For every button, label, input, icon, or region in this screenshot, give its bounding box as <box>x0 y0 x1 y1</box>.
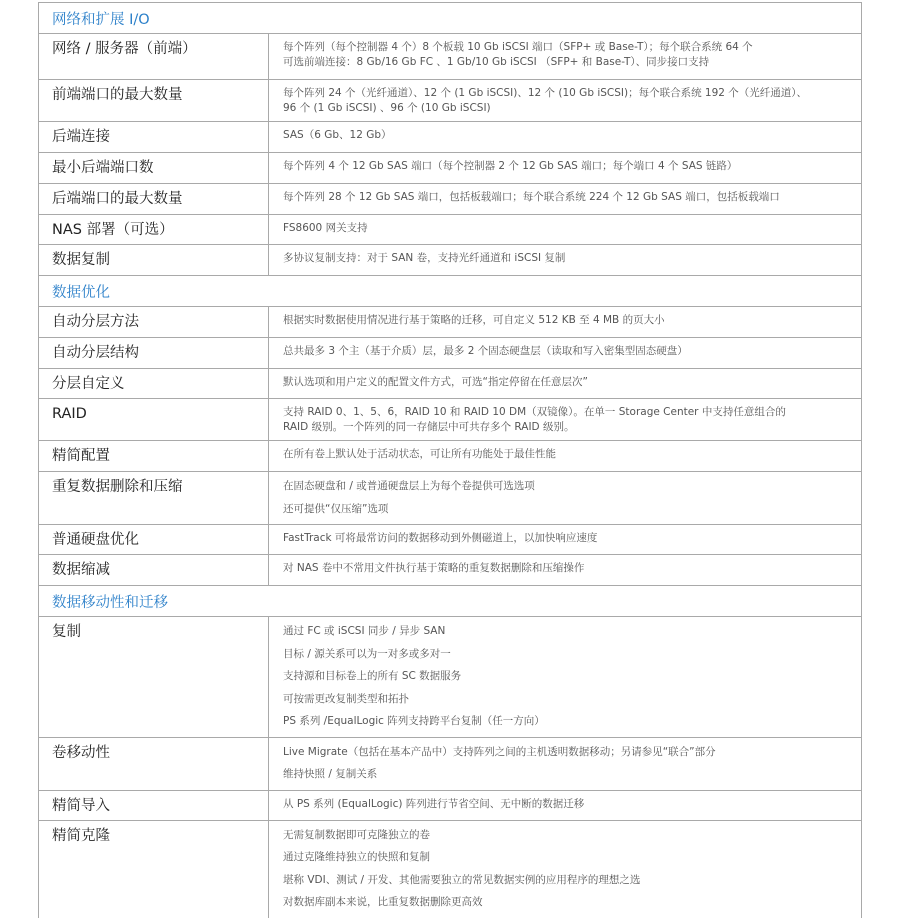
table-row: 重复数据删除和压缩 在固态硬盘和 / 或普通硬盘层上为每个卷提供可选选项 还可提… <box>39 472 862 525</box>
value-line: 堪称 VDI、测试 / 开发、其他需要独立的常见数据实例的应用程序的理想之选 <box>283 869 861 892</box>
row-label: 最小后端端口数 <box>39 153 269 184</box>
row-value: FastTrack 可将最常访问的数据移动到外侧磁道上，以加快响应速度 <box>269 525 862 555</box>
value-line: 对 NAS 卷中不常用文件执行基于策略的重复数据删除和压缩操作 <box>283 561 861 576</box>
table-row: 自动分层结构 总共最多 3 个主（基于介质）层，最多 2 个固态硬盘层（读取和写… <box>39 338 862 369</box>
row-value: Live Migrate（包括在基本产品中）支持阵列之间的主机透明数据移动；另请… <box>269 737 862 790</box>
table-row: 精简克隆 无需复制数据即可克隆独立的卷 通过克隆维持独立的快照和复制 堪称 VD… <box>39 820 862 918</box>
table-row: 普通硬盘优化 FastTrack 可将最常访问的数据移动到外侧磁道上，以加快响应… <box>39 525 862 555</box>
value-line: 无需复制数据即可克隆独立的卷 <box>283 824 861 847</box>
section-title: 数据移动性和迁移 <box>39 586 862 617</box>
table-row: 最小后端端口数 每个阵列 4 个 12 Gb SAS 端口（每个控制器 2 个 … <box>39 153 862 184</box>
row-value: 每个阵列 24 个（光纤通道）、12 个 (1 Gb iSCSI)、12 个 (… <box>269 80 862 122</box>
value-line: 多协议复制支持：对于 SAN 卷，支持光纤通道和 iSCSI 复制 <box>283 251 861 266</box>
value-line: RAID 级别。一个阵列的同一存储层中可共存多个 RAID 级别。 <box>283 420 861 435</box>
value-line: 维持快照 / 复制关系 <box>283 763 861 786</box>
value-line: FS8600 网关支持 <box>283 221 861 236</box>
row-value: 默认选项和用户定义的配置文件方式，可选“指定停留在任意层次” <box>269 369 862 399</box>
value-line: 96 个 (1 Gb iSCSI) 、96 个 (10 Gb iSCSI) <box>283 101 861 116</box>
value-line: SAS（6 Gb、12 Gb） <box>283 128 861 143</box>
value-line: 支持源和目标卷上的所有 SC 数据服务 <box>283 665 861 688</box>
row-label: 前端端口的最大数量 <box>39 80 269 122</box>
section-network-io: 网络和扩展 I/O <box>39 3 862 34</box>
row-value: 支持 RAID 0、1、5、6，RAID 10 和 RAID 10 DM（双镜像… <box>269 399 862 441</box>
row-label: RAID <box>39 399 269 441</box>
table-row: 精简配置 在所有卷上默认处于活动状态，可让所有功能处于最佳性能 <box>39 441 862 472</box>
value-line: 每个阵列 4 个 12 Gb SAS 端口（每个控制器 2 个 12 Gb SA… <box>283 159 861 174</box>
table-row: 前端端口的最大数量 每个阵列 24 个（光纤通道）、12 个 (1 Gb iSC… <box>39 80 862 122</box>
table-row: 数据复制 多协议复制支持：对于 SAN 卷，支持光纤通道和 iSCSI 复制 <box>39 245 862 276</box>
value-line: 通过克隆维持独立的快照和复制 <box>283 846 861 869</box>
row-label: 精简导入 <box>39 790 269 820</box>
row-value: SAS（6 Gb、12 Gb） <box>269 122 862 153</box>
value-line: 总共最多 3 个主（基于介质）层，最多 2 个固态硬盘层（读取和写入密集型固态硬… <box>283 344 861 359</box>
row-label: 重复数据删除和压缩 <box>39 472 269 525</box>
value-line: 从 PS 系列 (EqualLogic) 阵列进行节省空间、无中断的数据迁移 <box>283 797 861 812</box>
row-label: 后端连接 <box>39 122 269 153</box>
value-line: 在所有卷上默认处于活动状态，可让所有功能处于最佳性能 <box>283 447 861 462</box>
row-label: 后端端口的最大数量 <box>39 184 269 215</box>
value-line: 默认选项和用户定义的配置文件方式，可选“指定停留在任意层次” <box>283 375 861 390</box>
section-title: 网络和扩展 I/O <box>39 3 862 34</box>
row-value: 在固态硬盘和 / 或普通硬盘层上为每个卷提供可选选项 还可提供“仅压缩”选项 <box>269 472 862 525</box>
value-line: 通过 FC 或 iSCSI 同步 / 异步 SAN <box>283 620 861 643</box>
value-line: 每个阵列 28 个 12 Gb SAS 端口，包括板载端口；每个联合系统 224… <box>283 190 861 205</box>
value-line: PS 系列 /EqualLogic 阵列支持跨平台复制（任一方向） <box>283 710 861 733</box>
row-value: 无需复制数据即可克隆独立的卷 通过克隆维持独立的快照和复制 堪称 VDI、测试 … <box>269 820 862 918</box>
row-value: 通过 FC 或 iSCSI 同步 / 异步 SAN 目标 / 源关系可以为一对多… <box>269 617 862 738</box>
row-label: 精简克隆 <box>39 820 269 918</box>
table-row: 自动分层方法 根据实时数据使用情况进行基于策略的迁移，可自定义 512 KB 至… <box>39 307 862 338</box>
row-value: 从 PS 系列 (EqualLogic) 阵列进行节省空间、无中断的数据迁移 <box>269 790 862 820</box>
row-label: 网络 / 服务器（前端） <box>39 34 269 80</box>
table-row: 分层自定义 默认选项和用户定义的配置文件方式，可选“指定停留在任意层次” <box>39 369 862 399</box>
value-line: 目标 / 源关系可以为一对多或多对一 <box>283 643 861 666</box>
value-line: 支持 RAID 0、1、5、6，RAID 10 和 RAID 10 DM（双镜像… <box>283 405 861 420</box>
row-label: 精简配置 <box>39 441 269 472</box>
value-line: 对数据库副本来说，比重复数据删除更高效 <box>283 891 861 914</box>
section-data-mobility: 数据移动性和迁移 <box>39 586 862 617</box>
value-line: 可按需更改复制类型和拓扑 <box>283 688 861 711</box>
row-value: 每个阵列（每个控制器 4 个）8 个板载 10 Gb iSCSI 端口（SFP+… <box>269 34 862 80</box>
table-row: 精简导入 从 PS 系列 (EqualLogic) 阵列进行节省空间、无中断的数… <box>39 790 862 820</box>
row-value: 每个阵列 28 个 12 Gb SAS 端口，包括板载端口；每个联合系统 224… <box>269 184 862 215</box>
spec-table: 网络和扩展 I/O 网络 / 服务器（前端） 每个阵列（每个控制器 4 个）8 … <box>38 2 862 918</box>
section-title: 数据优化 <box>39 276 862 307</box>
row-label: 数据复制 <box>39 245 269 276</box>
table-row: 后端端口的最大数量 每个阵列 28 个 12 Gb SAS 端口，包括板载端口；… <box>39 184 862 215</box>
row-label: 分层自定义 <box>39 369 269 399</box>
table-row: 卷移动性 Live Migrate（包括在基本产品中）支持阵列之间的主机透明数据… <box>39 737 862 790</box>
value-line: 可选前端连接：8 Gb/16 Gb FC 、1 Gb/10 Gb iSCSI （… <box>283 55 861 70</box>
row-label: 卷移动性 <box>39 737 269 790</box>
value-line: FastTrack 可将最常访问的数据移动到外侧磁道上，以加快响应速度 <box>283 531 861 546</box>
table-row: 后端连接 SAS（6 Gb、12 Gb） <box>39 122 862 153</box>
value-line: Live Migrate（包括在基本产品中）支持阵列之间的主机透明数据移动；另请… <box>283 741 861 764</box>
table-row: 数据缩减 对 NAS 卷中不常用文件执行基于策略的重复数据删除和压缩操作 <box>39 555 862 586</box>
table-row: NAS 部署（可选） FS8600 网关支持 <box>39 215 862 245</box>
value-line: 还可提供“仅压缩”选项 <box>283 498 861 521</box>
row-label: 复制 <box>39 617 269 738</box>
value-line: 根据实时数据使用情况进行基于策略的迁移，可自定义 512 KB 至 4 MB 的… <box>283 313 861 328</box>
value-line: 每个阵列 24 个（光纤通道）、12 个 (1 Gb iSCSI)、12 个 (… <box>283 86 861 101</box>
value-line: 每个阵列（每个控制器 4 个）8 个板载 10 Gb iSCSI 端口（SFP+… <box>283 40 861 55</box>
value-line: 在固态硬盘和 / 或普通硬盘层上为每个卷提供可选选项 <box>283 475 861 498</box>
row-label: 自动分层方法 <box>39 307 269 338</box>
row-label: NAS 部署（可选） <box>39 215 269 245</box>
section-data-optimization: 数据优化 <box>39 276 862 307</box>
row-value: 对 NAS 卷中不常用文件执行基于策略的重复数据删除和压缩操作 <box>269 555 862 586</box>
row-value: 每个阵列 4 个 12 Gb SAS 端口（每个控制器 2 个 12 Gb SA… <box>269 153 862 184</box>
row-value: 在所有卷上默认处于活动状态，可让所有功能处于最佳性能 <box>269 441 862 472</box>
row-value: 总共最多 3 个主（基于介质）层，最多 2 个固态硬盘层（读取和写入密集型固态硬… <box>269 338 862 369</box>
row-value: FS8600 网关支持 <box>269 215 862 245</box>
row-value: 根据实时数据使用情况进行基于策略的迁移，可自定义 512 KB 至 4 MB 的… <box>269 307 862 338</box>
row-label: 普通硬盘优化 <box>39 525 269 555</box>
table-row: 复制 通过 FC 或 iSCSI 同步 / 异步 SAN 目标 / 源关系可以为… <box>39 617 862 738</box>
table-row: RAID 支持 RAID 0、1、5、6，RAID 10 和 RAID 10 D… <box>39 399 862 441</box>
row-label: 自动分层结构 <box>39 338 269 369</box>
table-row: 网络 / 服务器（前端） 每个阵列（每个控制器 4 个）8 个板载 10 Gb … <box>39 34 862 80</box>
row-value: 多协议复制支持：对于 SAN 卷，支持光纤通道和 iSCSI 复制 <box>269 245 862 276</box>
row-label: 数据缩减 <box>39 555 269 586</box>
